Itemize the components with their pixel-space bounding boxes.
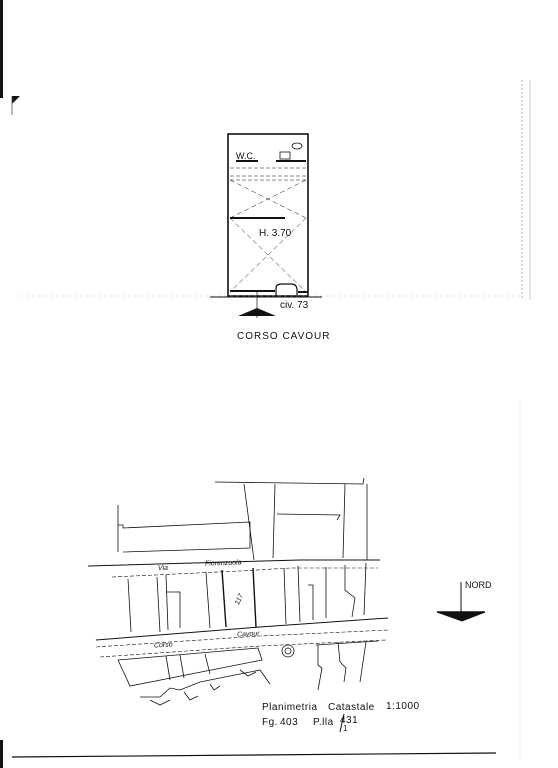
street-fiorenzuola-label: Fiorenzuola xyxy=(205,559,242,567)
north-label: NORD xyxy=(465,580,492,590)
parcel-label: P.lla xyxy=(313,717,334,728)
parcel-subnumber: 1 xyxy=(343,724,347,733)
bottom-rule xyxy=(12,753,496,757)
legend-scale: 1:1000 xyxy=(386,701,420,712)
scan-edge-mark xyxy=(0,0,3,98)
ceiling-height-label: H. 3.70 xyxy=(259,228,291,239)
sheet-label: Fg. xyxy=(262,717,278,728)
street-cavour-label: Cavour xyxy=(237,630,260,638)
cadastral-map xyxy=(88,478,388,705)
legend-title: Planimetria xyxy=(262,702,318,713)
sheet-number: 403 xyxy=(280,717,298,728)
legend-title-2: Catastale xyxy=(328,702,375,713)
street-via-label: Via xyxy=(158,565,168,572)
street-name-label: CORSO CAVOUR xyxy=(237,331,331,342)
floor-plan xyxy=(20,134,520,318)
civic-number-label: civ. 73 xyxy=(280,300,308,311)
corner-mark xyxy=(12,96,20,104)
wc-label: W.C. xyxy=(236,151,256,161)
drawing-canvas xyxy=(0,0,558,768)
street-corso-label: Corso xyxy=(154,641,173,649)
